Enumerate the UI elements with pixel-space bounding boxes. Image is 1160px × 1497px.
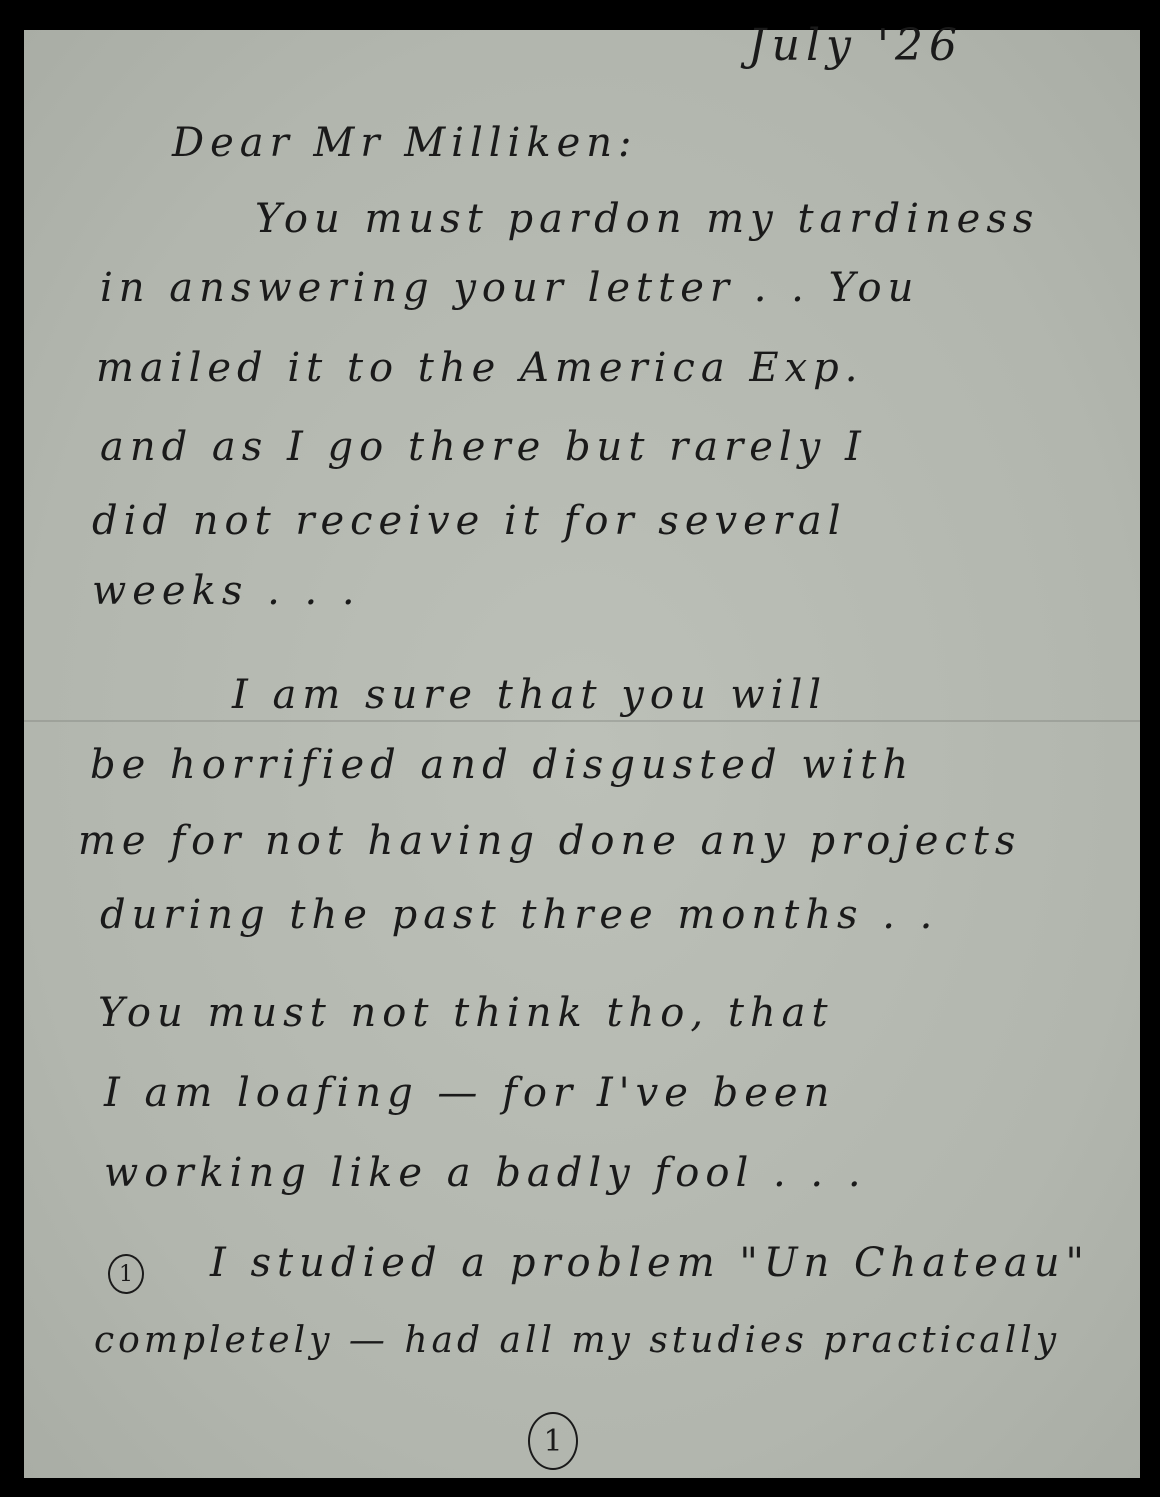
letter-line-5: did not receive it for several: [92, 498, 847, 544]
letter-line-2: in answering your letter . . You: [100, 265, 919, 311]
letter-line-8: be horrified and disgusted with: [90, 742, 914, 788]
page-number-circled: 1: [528, 1412, 578, 1470]
letter-line-3: mailed it to the America Exp.: [96, 345, 863, 391]
salutation: Dear Mr Milliken:: [172, 120, 638, 166]
letter-line-4: and as I go there but rarely I: [100, 424, 867, 470]
letter-date: July '26: [748, 20, 963, 71]
letter-line-6: weeks . . .: [92, 568, 361, 614]
letter-line-14: I studied a problem "Un Chateau": [210, 1240, 1090, 1286]
letter-line-11: You must not think tho, that: [98, 990, 834, 1036]
letter-line-15: completely — had all my studies practica…: [94, 1320, 1060, 1361]
paper-fold: [24, 720, 1140, 722]
letter-line-10: during the past three months . .: [100, 892, 938, 938]
letter-line-13: working like a badly fool . . .: [104, 1150, 867, 1196]
margin-note-circled: 1: [108, 1254, 144, 1294]
letter-line-12: I am loafing — for I've been: [104, 1070, 835, 1116]
letter-line-9: me for not having done any projects: [78, 818, 1021, 864]
letter-line-7: I am sure that you will: [232, 672, 827, 718]
letter-line-1: You must pardon my tardiness: [255, 196, 1039, 242]
